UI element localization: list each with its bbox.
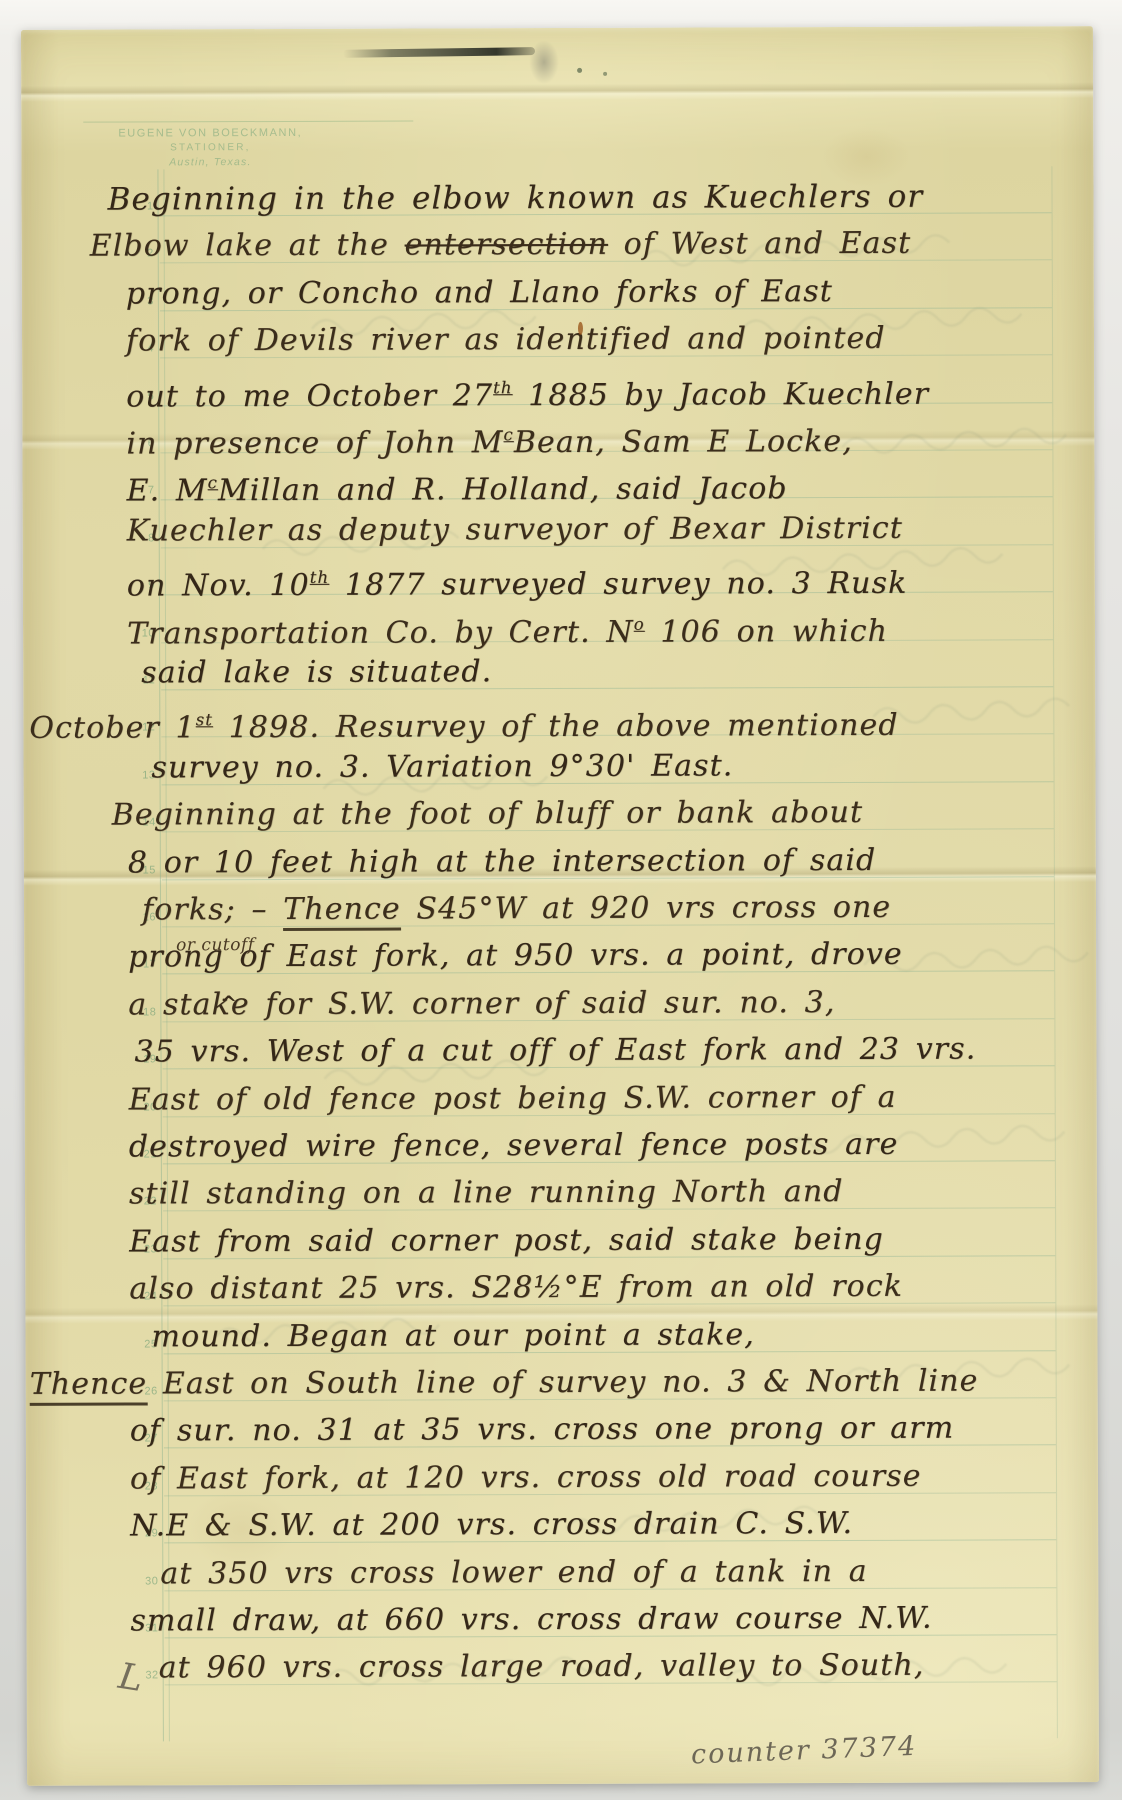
pencil-mark: L	[116, 1656, 146, 1700]
handwriting-line: E. McMillan and R. Holland, said Jacob	[126, 462, 787, 512]
imprint-rule	[83, 121, 413, 123]
handwriting-segment: still standing on a line running North a…	[129, 1174, 844, 1211]
handwriting-line: prong, or Concho and Llano forks of East	[126, 272, 833, 314]
handwriting-segment: at 960 vrs. cross large road, valley to …	[159, 1648, 925, 1686]
stationer-imprint: EUGENE VON BOECKMANN, STATIONER, Austin,…	[85, 127, 335, 169]
caret-mark: ^	[220, 991, 237, 1015]
handwriting-line: fork of Devils river as identified and p…	[126, 319, 886, 362]
fold-crease	[21, 82, 1093, 102]
handwriting-line: East of old fence post being S.W. corner…	[129, 1077, 897, 1120]
ruled-lines: 1234567891011121314151617181920212223242…	[21, 26, 1093, 30]
line-number: 30	[136, 1575, 158, 1587]
ink-smudge	[343, 47, 535, 58]
handwriting-segment: fork of Devils river as identified and p…	[126, 321, 886, 359]
handwriting-line: destroyed wire fence, several fence post…	[129, 1125, 899, 1168]
imprint-city: Austin, Texas.	[85, 156, 335, 169]
handwriting-line: survey no. 3. Variation 9°30' East.	[151, 746, 733, 788]
foxing-spot	[821, 127, 911, 187]
handwriting-segment: o	[634, 614, 645, 633]
handwriting-segment: c	[208, 474, 218, 493]
handwriting-segment: Thence	[283, 892, 401, 931]
handwriting-segment: Beginning at the foot of bluff or bank a…	[112, 795, 864, 833]
handwriting-segment: th	[493, 378, 513, 397]
handwriting-segment: c	[503, 425, 513, 444]
handwriting-segment: prong, or Concho and Llano forks of East	[126, 274, 833, 311]
handwriting-segment: th	[310, 568, 330, 587]
handwriting-line: forks; – Thence S45°W at 920 vrs cross o…	[142, 888, 891, 931]
handwriting-segment: 1898. Resurvey of the above mentioned	[213, 708, 899, 745]
handwriting-segment: 35 vrs. West of a cut off of East fork a…	[134, 1032, 976, 1070]
handwriting-segment: survey no. 3. Variation 9°30' East.	[151, 748, 733, 785]
handwriting-segment: also distant 25 vrs. S28½°E from an old …	[129, 1269, 903, 1307]
handwriting-line: also distant 25 vrs. S28½°E from an old …	[129, 1267, 903, 1310]
handwriting-segment: of West and East	[608, 226, 911, 262]
handwriting-segment: forks; –	[142, 892, 283, 927]
handwriting-segment: entersection	[405, 227, 609, 263]
ink-speck	[603, 72, 607, 76]
foxing-spot	[186, 1489, 296, 1569]
handwriting-segment: on Nov. 10	[127, 568, 310, 604]
handwriting-line: said lake is situated.	[141, 652, 492, 693]
handwriting-line: mound. Began at our point a stake,	[151, 1315, 754, 1357]
handwriting-line: Thence East on South line of survey no. …	[30, 1362, 979, 1405]
handwriting-segment: E. M	[126, 474, 207, 509]
handwriting-line: on Nov. 10th 1877 surveyed survey no. 3 …	[127, 556, 908, 607]
interlined-insertion: or cutoff	[176, 935, 254, 955]
paper-blemish	[529, 40, 559, 84]
handwriting-segment: October 1	[29, 711, 195, 747]
counter-annotation: counter 37374	[690, 1731, 917, 1771]
handwriting-segment: East from said corner post, said stake b…	[129, 1222, 884, 1260]
handwriting-line: 35 vrs. West of a cut off of East fork a…	[134, 1030, 976, 1073]
handwriting-segment: st	[196, 711, 213, 730]
handwriting-segment: in presence of John M	[126, 425, 503, 461]
handwriting-line: Elbow lake at the entersection of West a…	[90, 224, 912, 267]
handwriting-segment: destroyed wire fence, several fence post…	[129, 1127, 899, 1165]
handwriting-line: October 1st 1898. Resurvey of the above …	[29, 698, 898, 749]
handwriting-body: Beginning in the elbow known as Kuechler…	[21, 26, 1093, 30]
handwriting-segment: out to me October 27	[126, 378, 493, 414]
handwriting-segment: Bean, Sam E Locke,	[514, 424, 853, 460]
ink-speck	[577, 68, 582, 73]
handwriting-segment: mound. Began at our point a stake,	[151, 1317, 754, 1354]
handwriting-segment: Transportation Co. by Cert. N	[127, 614, 634, 651]
imprint-name: EUGENE VON BOECKMANN,	[85, 127, 335, 140]
handwriting-segment: 106 on which	[645, 613, 888, 649]
handwriting-segment: 1885 by Jacob Kuechler	[513, 376, 930, 412]
handwriting-segment: 1877 surveyed survey no. 3 Rusk	[329, 566, 907, 603]
handwriting-segment: small draw, at 660 vrs. cross draw cours…	[130, 1601, 932, 1639]
handwriting-line: out to me October 27th 1885 by Jacob Kue…	[126, 366, 929, 417]
imprint-title: STATIONER,	[85, 142, 335, 154]
handwriting-segment: Beginning in the elbow known as Kuechler…	[107, 179, 923, 218]
handwriting-line: Beginning at the foot of bluff or bank a…	[112, 793, 864, 836]
handwriting-line: East from said corner post, said stake b…	[129, 1220, 884, 1263]
right-margin-rule	[1051, 166, 1057, 1738]
handwriting-segment: Thence	[30, 1366, 148, 1405]
handwriting-segment: S45°W at 920 vrs cross one	[401, 890, 892, 927]
handwriting-line: Transportation Co. by Cert. No 106 on wh…	[127, 603, 888, 654]
handwriting-line: 8 or 10 feet high at the intersection of…	[128, 840, 877, 883]
handwriting-segment: East of old fence post being S.W. corner…	[129, 1079, 897, 1117]
handwriting-segment: said lake is situated.	[141, 654, 492, 690]
handwriting-line: in presence of John McBean, Sam E Locke,	[126, 414, 853, 465]
handwriting-line: still standing on a line running North a…	[129, 1172, 844, 1214]
handwriting-line: small draw, at 660 vrs. cross draw cours…	[130, 1599, 932, 1642]
handwriting-line: at 960 vrs. cross large road, valley to …	[159, 1646, 925, 1689]
handwriting-segment: Kuechler as deputy surveyor of Bexar Dis…	[127, 511, 903, 549]
handwriting-line: Beginning in the elbow known as Kuechler…	[107, 177, 923, 220]
handwriting-line: Kuechler as deputy surveyor of Bexar Dis…	[127, 509, 903, 552]
handwriting-segment: 8 or 10 feet high at the intersection of…	[128, 842, 877, 880]
rust-fleck	[578, 322, 583, 335]
handwriting-segment: East on South line of survey no. 3 & Nor…	[147, 1364, 978, 1402]
handwriting-segment: Elbow lake at the	[90, 228, 405, 264]
document-page: EUGENE VON BOECKMANN, STATIONER, Austin,…	[21, 26, 1099, 1786]
handwriting-segment: Millan and R. Holland, said Jacob	[218, 472, 788, 509]
handwriting-segment: of sur. no. 31 at 35 vrs. cross one pron…	[130, 1411, 955, 1449]
handwriting-line: of sur. no. 31 at 35 vrs. cross one pron…	[130, 1409, 955, 1452]
